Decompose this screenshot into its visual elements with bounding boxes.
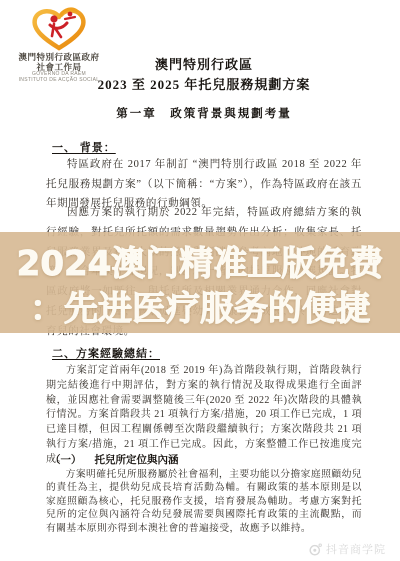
watermark-text: 抖音商学院	[326, 541, 386, 557]
subsection-number: （一）	[50, 455, 82, 466]
document-page: 澳門特別行政區政府 社會工作局 GOVERNO DA RAEM INSTITUT…	[0, 0, 400, 561]
section-2-heading: 二、方案經驗總結：	[52, 345, 160, 361]
watermark-logo-icon	[309, 543, 322, 556]
heart-ribbon-logo-icon	[28, 6, 90, 52]
subsection-paragraph-1: 方案明確托兒所服務屬於社會福利，主要功能以分擔家庭照顧幼兒的責任為主，提供幼兒成…	[46, 468, 362, 535]
title-line1: 澳門特別行政區	[8, 55, 400, 75]
section-1-heading: 一、 背景：	[52, 139, 116, 155]
overlay-headline-line2: ：先进医疗服务的便捷	[0, 287, 400, 332]
watermark: 抖音商学院	[309, 541, 386, 557]
document-title: 澳門特別行政區 2023 至 2025 年托兒服務規劃方案	[0, 55, 400, 95]
subsection-heading: （一）托兒所定位與內涵	[50, 452, 179, 467]
title-line2: 2023 至 2025 年托兒服務規劃方案	[8, 75, 400, 95]
overlay-headline: 2024澳门精准正版免费 ：先进医疗服务的便捷	[0, 242, 400, 332]
subsection-title: 托兒所定位與內涵	[95, 455, 179, 466]
chapter-heading: 第一章 政策背景與規劃考量	[0, 105, 400, 121]
overlay-headline-line1: 2024澳门精准正版免费	[0, 242, 400, 287]
